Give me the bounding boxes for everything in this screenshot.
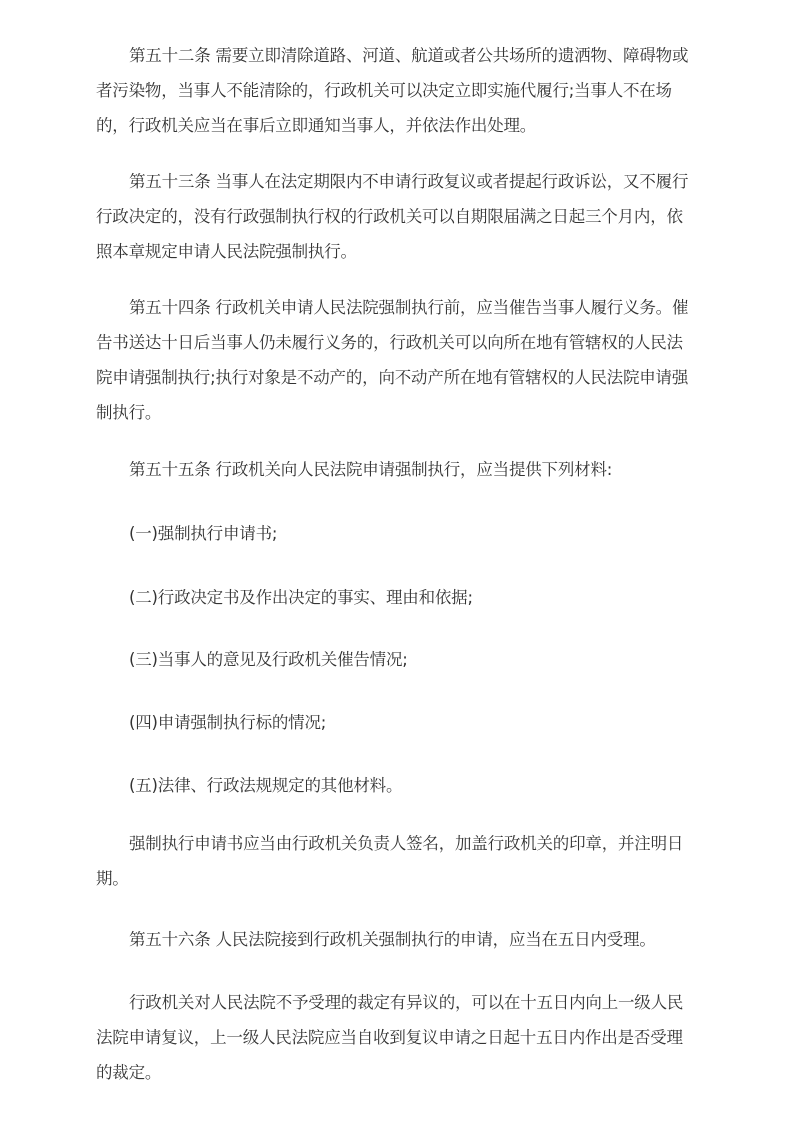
paragraph-article-56: 第五十六条 人民法院接到行政机关强制执行的申请，应当在五日内受理。 [96, 922, 698, 957]
list-item-materials-1: (一)强制执行申请书; [96, 516, 698, 551]
list-item-materials-4: (四)申请强制执行标的情况; [96, 705, 698, 740]
paragraph-article-52: 第五十二条 需要立即清除道路、河道、航道或者公共场所的遗洒物、障碍物或者污染物，… [96, 38, 698, 143]
paragraph-application-signature-note: 强制执行申请书应当由行政机关负责人签名，加盖行政机关的印章，并注明日期。 [96, 826, 698, 896]
paragraph-article-55: 第五十五条 行政机关向人民法院申请强制执行，应当提供下列材料: [96, 452, 698, 487]
list-item-materials-5: (五)法律、行政法规规定的其他材料。 [96, 768, 698, 803]
paragraph-reconsideration-note: 行政机关对人民法院不予受理的裁定有异议的，可以在十五日内向上一级人民法院申请复议… [96, 985, 698, 1090]
paragraph-article-54: 第五十四条 行政机关申请人民法院强制执行前，应当催告当事人履行义务。催告书送达十… [96, 290, 698, 430]
paragraph-article-53: 第五十三条 当事人在法定期限内不申请行政复议或者提起行政诉讼，又不履行行政决定的… [96, 164, 698, 269]
list-item-materials-3: (三)当事人的意见及行政机关催告情况; [96, 642, 698, 677]
list-item-materials-2: (二)行政决定书及作出决定的事实、理由和依据; [96, 580, 698, 615]
